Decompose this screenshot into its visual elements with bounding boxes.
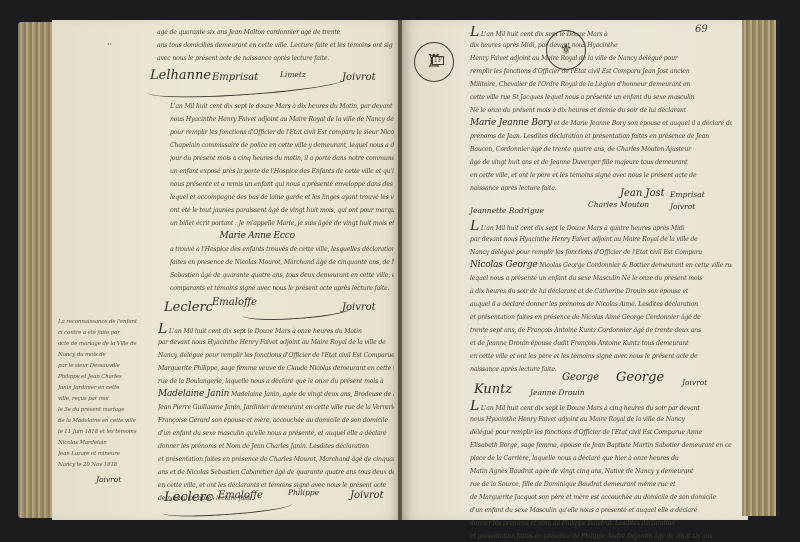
text-line: Nancy le 20 Nov 1818 bbox=[58, 459, 146, 470]
text-line: faites en présence de Nicolas Mourot, Ma… bbox=[170, 256, 394, 269]
text-line: en cette ville et ont les père et les té… bbox=[470, 350, 732, 363]
text-line: et de Jeanne Drouin épouse dudit Françoi… bbox=[470, 337, 732, 350]
right-page: ♜ 1F ⚜ 69 L L'an Mil huit cent dix sept … bbox=[402, 20, 748, 520]
highlighted-name: Madelaine Janin bbox=[158, 389, 229, 399]
text-line: Matin Agnès Baudrat agée de vingt cinq a… bbox=[470, 465, 732, 478]
text-line: par le sieur Dessauville bbox=[58, 360, 146, 371]
text-line: prénoms de Jean. Lesdites déclaration et… bbox=[470, 130, 732, 143]
signature-george: George bbox=[562, 372, 599, 383]
fiscal-stamp-icon: ♜ 1F bbox=[414, 42, 454, 82]
text-line: ont été le tout jaunies paraissent âgé d… bbox=[170, 204, 394, 217]
text-line: donner les prénoms et nom de Philippe Ba… bbox=[470, 517, 732, 530]
left-entry-1: L'an Mil huit cent dix sept le douze Mar… bbox=[170, 100, 394, 295]
text-line: a trouvé à l'Hospice des enfants trouvés… bbox=[170, 243, 394, 256]
left-page: ·· agé de quarante six ans Jean Molton c… bbox=[52, 20, 400, 520]
text-line: acte de mariage de la Ville de bbox=[58, 338, 146, 349]
text-line-highlight: Marie Anne Ecco bbox=[170, 230, 394, 243]
text-line: de la Madelaine en cette ville bbox=[58, 415, 146, 426]
text-line: Baucon, Cordonnier âgé de trente quatre … bbox=[470, 143, 732, 156]
text-line: en cette ville, et ont le père et les té… bbox=[470, 169, 732, 182]
text-line: Nicolas George Nicolas George Cordonnier… bbox=[470, 259, 732, 272]
signature-flourish bbox=[242, 300, 353, 323]
text-line: rue de la Source, fille de Dominique Bau… bbox=[470, 478, 732, 491]
signature-joivrot: Joivrot bbox=[682, 378, 707, 387]
text-line: agé de quarante six ans Jean Molton cord… bbox=[157, 26, 393, 39]
text-line: et présentation faites en présence de Ch… bbox=[158, 453, 394, 466]
text-line: le 3e du présent mariage bbox=[58, 404, 146, 415]
stamp-value: 1F bbox=[432, 56, 444, 65]
text-line: âgé de vingt huit ans et de Jeanne Duver… bbox=[470, 156, 732, 169]
text-line: Janin Jardinier en cette bbox=[58, 382, 146, 393]
text-line: Philippe et Jean Charles bbox=[58, 371, 146, 382]
text-line: ci contre a été faite par bbox=[58, 327, 146, 338]
signature-leclerc: Leclerc bbox=[164, 300, 213, 315]
text-line: L L'an Mil huit cent dix sept le Douze M… bbox=[470, 26, 732, 39]
right-entry-3: L L'an Mil huit cent dix sept le Douze M… bbox=[470, 400, 732, 542]
right-entry-1: L L'an Mil huit cent dix sept le Douze M… bbox=[470, 26, 732, 195]
text-line: ville, reçus par moi bbox=[58, 393, 146, 404]
signature-joivrot: Joivrot bbox=[350, 490, 384, 501]
text-line: ans tous domiciliés demeurant en cette v… bbox=[157, 39, 393, 52]
book-page-edges-right bbox=[742, 20, 780, 516]
text-line: Henry Faivet adjoint au Maire Royal de l… bbox=[470, 52, 732, 65]
text-line: L L'an Mil huit cent dix sept le Douze M… bbox=[158, 323, 394, 336]
text-line: par devant nous Hyacinthe Henry Faivet a… bbox=[470, 233, 732, 246]
entry-initial: L bbox=[470, 400, 479, 413]
text-line: L'an Mil huit cent dix sept le douze Mar… bbox=[170, 100, 394, 113]
text-line: Jean Lazare et mineure bbox=[58, 448, 146, 459]
text-line: nous présente et a remis un enfant qui n… bbox=[170, 178, 394, 191]
highlighted-name: Marie Jeanne Bory bbox=[470, 118, 552, 128]
text-line: La reconnaissance de l'enfant bbox=[58, 316, 146, 327]
text-line: Nicolas Mardelain bbox=[58, 437, 146, 448]
text-line: un enfant exposé près la porte de l'Hosp… bbox=[170, 165, 394, 178]
left-top-fragment: agé de quarante six ans Jean Molton cord… bbox=[157, 26, 393, 65]
text-line: L L'an Mil huit cent dix sept le Douze M… bbox=[470, 220, 732, 233]
text-line: Jean Pierre Guillaume Janin, Jardinier d… bbox=[158, 401, 394, 414]
signature-joivrot: Joivrot bbox=[670, 202, 695, 211]
signature-emprisat: Emprisat bbox=[670, 190, 705, 199]
margin-signature-joivrot: Joivrot bbox=[96, 475, 121, 484]
left-entry-2: L L'an Mil huit cent dix sept le Douze M… bbox=[158, 323, 394, 505]
book-page-edges-left bbox=[18, 22, 54, 518]
signature-emaloffe: Emaloffe bbox=[218, 490, 263, 501]
text-line: place de la Carrière, laquelle nous a dé… bbox=[470, 452, 732, 465]
text-line: Nancy délégué pour remplir les fonctions… bbox=[470, 246, 732, 259]
text-line: L L'an Mil huit cent dix sept le Douze M… bbox=[470, 400, 732, 413]
signature-jeannette-rodrigue: Jeannette Rodrigue bbox=[470, 206, 544, 215]
text-line: dix heures après Midi, par devant nous H… bbox=[470, 39, 732, 52]
entry-initial: L bbox=[470, 220, 479, 233]
text-line: Marie Jeanne Bory et de Marie Jeanne Bor… bbox=[470, 117, 732, 130]
text-line: avec nous le présent acte de naissance a… bbox=[157, 52, 393, 65]
text-line: délégué pour remplir les fonctions d'Off… bbox=[470, 426, 732, 439]
text-line: Militaire, Chevalier de l'Ordre Royal de… bbox=[470, 78, 732, 91]
text-line: remplir les fonctions d'Officier de l'Et… bbox=[470, 65, 732, 78]
text-line: Sebastien âgé de quarante quatre ans, to… bbox=[170, 269, 394, 282]
text-line: trente sept ans, de François Antoine Kun… bbox=[470, 324, 732, 337]
text-line: jour du présent mois à cinq heures du ma… bbox=[170, 152, 394, 165]
signature-george: George bbox=[616, 370, 664, 385]
text-line: Nancy du mois de bbox=[58, 349, 146, 360]
text-line: pour remplir les fonctions d'Officier de… bbox=[170, 126, 394, 139]
text-line: à dix heures du soir de lui déclarant et… bbox=[470, 285, 732, 298]
signature-jean-jost: Jean Jost bbox=[620, 188, 665, 199]
open-register-book: ·· agé de quarante six ans Jean Molton c… bbox=[18, 18, 780, 525]
text-line: Chapelain commissaire de police en cette… bbox=[170, 139, 394, 152]
text-line: le 11 Juin 1818 et les témoins bbox=[58, 426, 146, 437]
text-line: et présentation faites en présence de Ni… bbox=[470, 311, 732, 324]
signature-jeanne-drouin: Jeanne Drouin bbox=[530, 388, 585, 397]
text-line: naissance après lecture faite. bbox=[470, 363, 732, 376]
signature-joivrot: Joivrot bbox=[342, 72, 376, 83]
margin-annotation: La reconnaissance de l'enfant ci contre … bbox=[58, 316, 146, 470]
text-line: lequel nous a présenté un enfant du sexe… bbox=[470, 272, 732, 285]
text-line: Né le onze du présent mois à dix heures … bbox=[470, 104, 732, 117]
right-entry-2: L L'an Mil huit cent dix sept le Douze M… bbox=[470, 220, 732, 376]
text-line: d'un enfant du sexe Masculin qu'elle nou… bbox=[470, 504, 732, 517]
text-line: Madelaine Janin Madelaine Janin, agée de… bbox=[158, 388, 394, 401]
text-line: nous Hyacinthe Henry Faivet adjoint au M… bbox=[470, 413, 732, 426]
signature-philippe: Philippe bbox=[288, 488, 319, 497]
margin-tick-mark: ·· bbox=[107, 40, 112, 49]
text-line: comparants et témoins signé avec nous le… bbox=[170, 282, 394, 295]
text-line: Marguerite Philippe, sage femme veuve de… bbox=[158, 362, 394, 375]
text-line: Françoise Gérard son épouse et mère, acc… bbox=[158, 414, 394, 427]
text-line: Nancy, délégué pour remplir les fonction… bbox=[158, 349, 394, 362]
entry-initial: L bbox=[470, 26, 479, 39]
text-line: Elisabeth Borge, sage femme, épouse de J… bbox=[470, 439, 732, 452]
text-line: un billet écrit portant : Je m'appelle M… bbox=[170, 217, 394, 230]
text-line: et présentation faites en présence de Ph… bbox=[470, 530, 732, 542]
entry-initial: L bbox=[158, 323, 167, 336]
signature-kuntz: Kuntz bbox=[474, 382, 512, 397]
text-line: ans et de Nicolas Sebastien Cabaretier â… bbox=[158, 466, 394, 479]
text-line: nous Hyacinthe Henry Faivet adjoint au M… bbox=[170, 113, 394, 126]
signature-emaloffe: Emaloffe bbox=[212, 297, 257, 308]
text-line: de Marguerite Jacquot son père et mère e… bbox=[470, 491, 732, 504]
highlighted-name: Marie Anne Ecco bbox=[219, 231, 294, 241]
text-line: d'un enfant du sexe masculin qu'elle nou… bbox=[158, 427, 394, 440]
signature-charles-mouton: Charles Mouton bbox=[588, 200, 649, 209]
text-line: donner les prénoms et Nom de Jean Charle… bbox=[158, 440, 394, 453]
highlighted-name: Nicolas George bbox=[470, 260, 537, 270]
text-line: cette ville rue St Jacques lequel nous a… bbox=[470, 91, 732, 104]
text-line: rue de la Boulangerie, laquelle nous a d… bbox=[158, 375, 394, 388]
text-line: auquel il a déclaré donner les prénoms d… bbox=[470, 298, 732, 311]
text-line: lequel et accompagné des bas de laine ga… bbox=[170, 191, 394, 204]
text-line: par devant nous Hyacinthe Henry Faivet a… bbox=[158, 336, 394, 349]
